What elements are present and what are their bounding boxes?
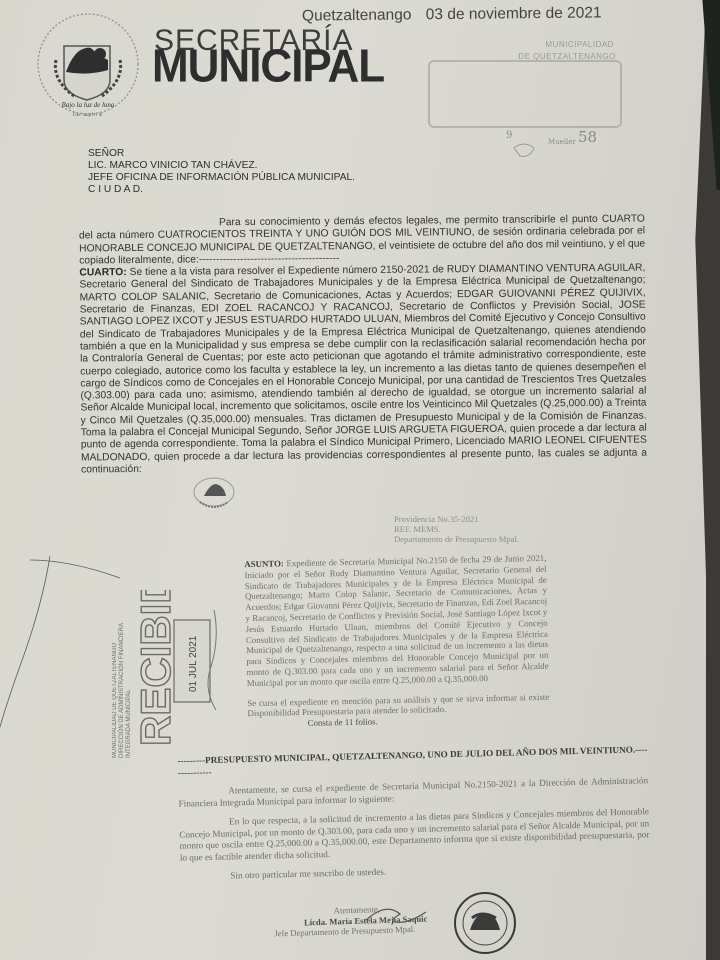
addressee-block: SEÑOR LIC. MARCO VINICIO TAN CHÁVEZ. JEF… [88,148,355,196]
handwritten-hour: 9 [506,130,512,141]
stamp-line-1: MUNICIPALIDAD [545,40,614,49]
document-page: Bajo la luz de luna Uxe' saqil ri ik' SE… [0,0,706,960]
providencia-body: ASUNTO: Expediente de Secretaría Municip… [244,553,550,730]
letter-body: Para su conocimiento y demás efectos leg… [79,214,647,477]
svg-text:Bajo la luz de luna: Bajo la luz de luna [62,101,115,109]
stamp-frame [428,60,622,128]
received-stamp-side: RECIBIDO 01 JUL 2021 [134,590,224,750]
cuarto-text: Se tiene a la vista para resolver el Exp… [79,263,647,476]
providencia-seal-logo [190,474,238,514]
signature-block: Atentamente, Licda. María Estela Mejía S… [274,903,428,939]
providencia-number: Providencia No.35-2021 [394,514,519,524]
svg-text:RECIBIDO: RECIBIDO [134,590,179,746]
municipal-seal-logo: Bajo la luz de luna Uxe' saqil ri ik' [32,10,144,122]
received-stamp-top: MUNICIPALIDAD DE QUETZALTENANGO 9 Muelle… [426,38,636,158]
received-stamp-side-org: MUNICIPALIDAD DE QUETZALTENANGO DIRECCIÓ… [112,608,132,758]
city: Quetzaltenango [302,6,412,24]
presupuesto-paragraph-1: Atentamente, se cursa el expediente de S… [178,775,648,809]
document-date: 03 de noviembre de 2021 [426,4,602,23]
official-seal-stamp [450,890,520,956]
svg-text:01 JUL 2021: 01 JUL 2021 [188,635,199,692]
handwritten-note: Mueller [548,138,576,146]
addressee-title: JEFE OFICINA DE INFORMACIÓN PÚBLICA MUNI… [88,172,355,184]
header-title-municipal: MUNICIPAL [152,41,384,94]
providencia-reference: Providencia No.35-2021 REF. MEMS. Depart… [394,514,519,544]
addressee-salutation: SEÑOR [88,148,355,160]
date-line: Quetzaltenango 03 de noviembre de 2021 [302,4,602,25]
addressee-city: C I U D A D. [88,184,355,196]
presupuesto-paragraph-3: Sin otro particular me suscribo de usted… [180,860,650,883]
addressee-name: LIC. MARCO VINICIO TAN CHÁVEZ. [88,160,355,172]
presupuesto-paragraph-2: En lo que respecta, a la solicitud de in… [179,806,650,863]
presupuesto-section: ---------PRESUPUESTO MUNICIPAL, QUETZALT… [177,744,650,891]
asunto-label: ASUNTO: [244,558,284,569]
asunto-paragraph: ASUNTO: Expediente de Secretaría Municip… [244,553,549,689]
providencia-department: Departamento de Presupuesto Mpal. [394,534,519,544]
cuarto-label: CUARTO: [79,267,126,278]
intro-paragraph: Para su conocimiento y demás efectos leg… [79,214,645,268]
asunto-text: Expediente de Secretaría Municipal No.21… [244,553,548,688]
svg-text:Uxe' saqil ri ik': Uxe' saqil ri ik' [73,113,105,118]
providencia-ref: REF. MEMS. [394,524,519,534]
handwritten-number: 58 [578,128,597,146]
presupuesto-heading: ---------PRESUPUESTO MUNICIPAL, QUETZALT… [177,744,647,778]
cuarto-paragraph: CUARTO: Se tiene a la vista para resolve… [79,263,647,477]
